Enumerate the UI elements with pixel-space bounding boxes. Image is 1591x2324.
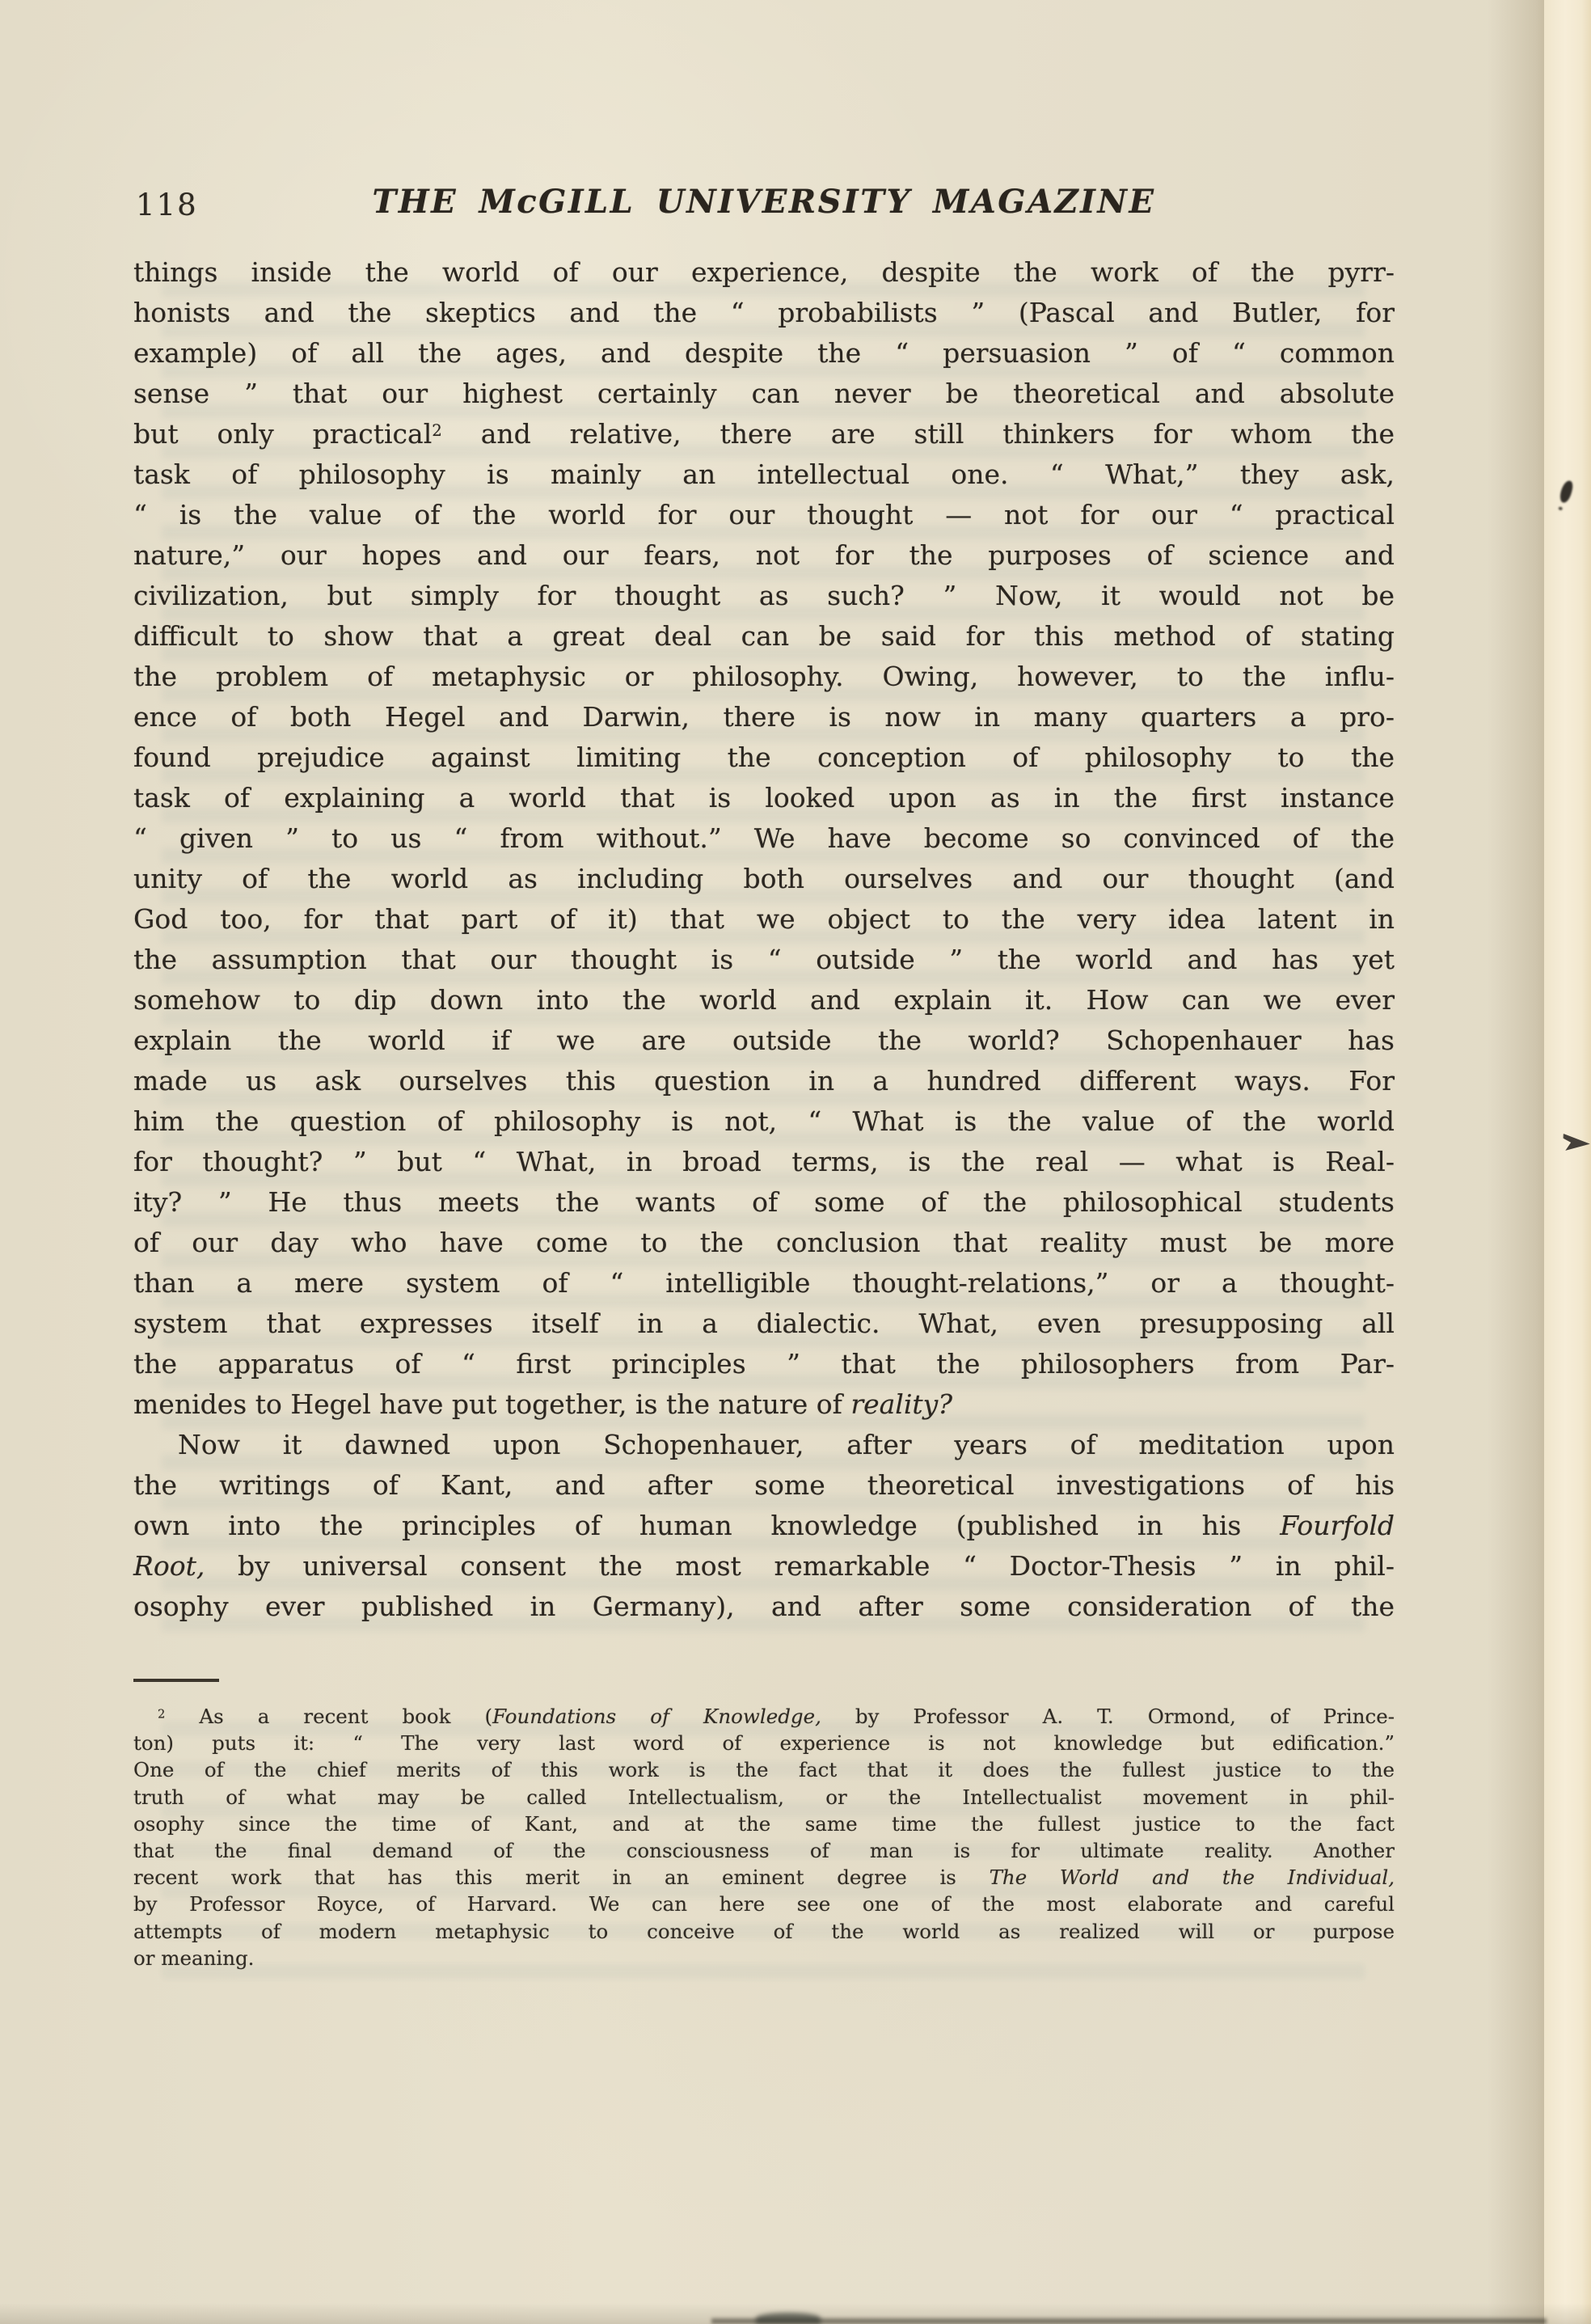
- text-line: truth of what may be called Intellectual…: [133, 1784, 1395, 1811]
- text-line: but only practical2 and relative, there …: [133, 414, 1395, 454]
- text-line: than a mere system of “ intelligible tho…: [133, 1263, 1395, 1304]
- arrowhead-shape: [1562, 1130, 1591, 1154]
- text-line: the problem of metaphysic or philosophy.…: [133, 657, 1395, 697]
- text-line: civilization, but simply for thought as …: [133, 576, 1395, 616]
- bottom-ink-smudge: [756, 2313, 821, 2324]
- text-line: 2 As a recent book (Foundations of Knowl…: [133, 1703, 1395, 1730]
- text-line: him the question of philosophy is not, “…: [133, 1101, 1395, 1142]
- text-line: task of philosophy is mainly an intellec…: [133, 454, 1395, 495]
- text-line: “ is the value of the world for our thou…: [133, 495, 1395, 535]
- text-line: honists and the skeptics and the “ proba…: [133, 293, 1395, 333]
- text-line: Now it dawned upon Schopenhauer, after y…: [133, 1425, 1395, 1465]
- text-line: unity of the world as including both our…: [133, 859, 1395, 899]
- bottom-gutter-shadow: [711, 2318, 1547, 2324]
- text-line: osophy ever published in Germany), and a…: [133, 1587, 1395, 1627]
- text-line: for thought? ” but “ What, in broad term…: [133, 1142, 1395, 1182]
- running-title: THE McGILL UNIVERSITY MAGAZINE: [133, 183, 1395, 221]
- text-line: nature,” our hopes and our fears, not fo…: [133, 535, 1395, 576]
- text-line: or meaning.: [133, 1945, 1395, 1971]
- paragraph: things inside the world of our experienc…: [133, 252, 1395, 1425]
- text-line: made us ask ourselves this question in a…: [133, 1061, 1395, 1101]
- text-line: example) of all the ages, and despite th…: [133, 333, 1395, 374]
- text-line: osophy since the time of Kant, and at th…: [133, 1811, 1395, 1837]
- text-line: task of explaining a world that is looke…: [133, 778, 1395, 818]
- scanned-book-page: 118 THE McGILL UNIVERSITY MAGAZINE thing…: [0, 0, 1591, 2324]
- text-line: Root, by universal consent the most rema…: [133, 1546, 1395, 1587]
- text-line: things inside the world of our experienc…: [133, 252, 1395, 293]
- text-line: found prejudice against limiting the con…: [133, 737, 1395, 778]
- text-line: by Professor Royce, of Harvard. We can h…: [133, 1891, 1395, 1917]
- footnote-separator-rule: [133, 1679, 219, 1682]
- paragraph: Now it dawned upon Schopenhauer, after y…: [133, 1425, 1395, 1627]
- next-page-edge-strip: [1544, 0, 1591, 2324]
- text-line: “ given ” to us “ from without.” We have…: [133, 818, 1395, 859]
- text-line: somehow to dip down into the world and e…: [133, 980, 1395, 1020]
- text-line: explain the world if we are outside the …: [133, 1020, 1395, 1061]
- text-line: sense ” that our highest certainly can n…: [133, 374, 1395, 414]
- text-line: ity? ” He thus meets the wants of some o…: [133, 1182, 1395, 1223]
- footnote-text: 2 As a recent book (Foundations of Knowl…: [133, 1703, 1395, 1971]
- text-line: own into the principles of human knowled…: [133, 1506, 1395, 1546]
- text-line: that the final demand of the consciousne…: [133, 1837, 1395, 1864]
- text-line: the apparatus of “ first principles ” th…: [133, 1344, 1395, 1384]
- text-line: menides to Hegel have put together, is t…: [133, 1384, 1395, 1425]
- page-edge-crease-shadow: [1488, 0, 1544, 2324]
- text-line: the assumption that our thought is “ out…: [133, 940, 1395, 980]
- text-line: ton) puts it: “ The very last word of ex…: [133, 1730, 1395, 1756]
- arrow-ink-mark: [1563, 1130, 1590, 1153]
- text-line: One of the chief merits of this work is …: [133, 1756, 1395, 1783]
- text-line: system that expresses itself in a dialec…: [133, 1304, 1395, 1344]
- text-line: recent work that has this merit in an em…: [133, 1864, 1395, 1891]
- text-line: ence of both Hegel and Darwin, there is …: [133, 697, 1395, 737]
- body-text: things inside the world of our experienc…: [133, 252, 1395, 1627]
- text-line: difficult to show that a great deal can …: [133, 616, 1395, 657]
- text-line: God too, for that part of it) that we ob…: [133, 899, 1395, 940]
- text-line: the writings of Kant, and after some the…: [133, 1465, 1395, 1506]
- text-line: of our day who have come to the conclusi…: [133, 1223, 1395, 1263]
- text-line: attempts of modern metaphysic to conceiv…: [133, 1918, 1395, 1945]
